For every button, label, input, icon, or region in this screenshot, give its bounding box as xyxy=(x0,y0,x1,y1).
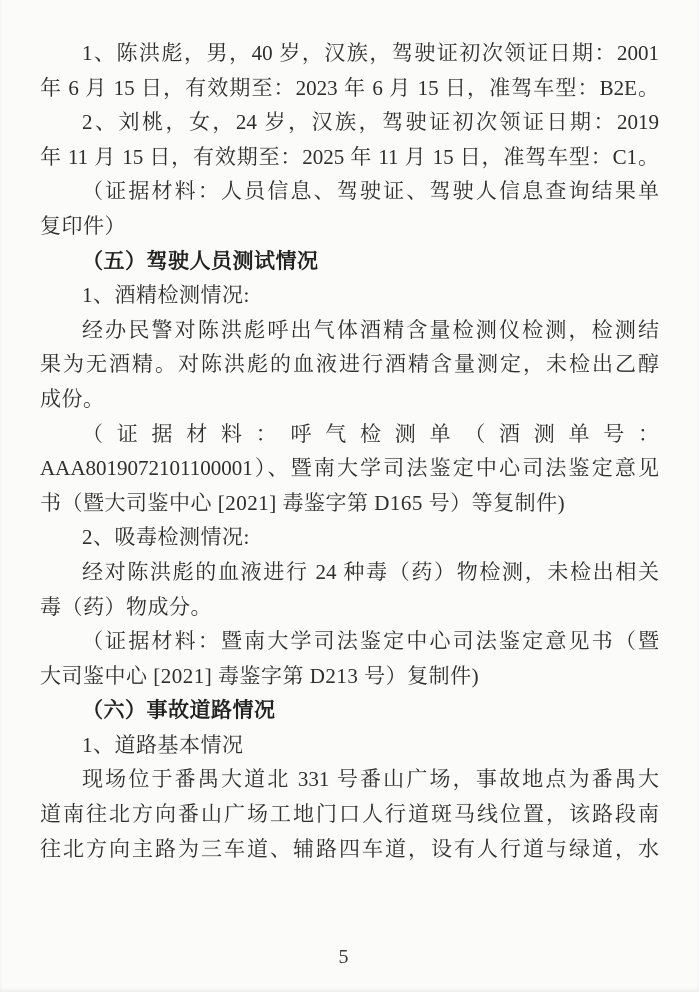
text-line: 复印件） xyxy=(40,209,659,244)
text-line: 2、吸毒检测情况: xyxy=(40,520,659,555)
text-line: 毒（药）物成分。 xyxy=(40,590,659,625)
text-line: 经办民警对陈洪彪呼出气体酒精含量检测仪检测，检测结 xyxy=(40,313,659,348)
document-body: 1、陈洪彪，男，40 岁，汉族，驾驶证初次领证日期：2001年 6 月 15 日… xyxy=(40,36,659,866)
document-page: 1、陈洪彪，男，40 岁，汉族，驾驶证初次领证日期：2001年 6 月 15 日… xyxy=(0,0,699,992)
text-line: 经对陈洪彪的血液进行 24 种毒（药）物检测，未检出相关 xyxy=(40,555,659,590)
text-line: 1、道路基本情况 xyxy=(40,728,659,763)
text-line: 果为无酒精。对陈洪彪的血液进行酒精含量测定，未检出乙醇 xyxy=(40,347,659,382)
text-line: 2、刘桃，女，24 岁，汉族，驾驶证初次领证日期：2019 xyxy=(40,105,659,140)
text-line: 大司鉴中心 [2021] 毒鉴字第 D213 号）复制件) xyxy=(40,659,659,694)
text-line: （证据材料：呼气检测单（酒测单号： xyxy=(40,417,659,452)
text-line: 现场位于番禺大道北 331 号番山广场，事故地点为番禺大 xyxy=(40,762,659,797)
text-line: 道南往北方向番山广场工地门口人行道斑马线位置，该路段南 xyxy=(40,797,659,832)
text-line: 1、陈洪彪，男，40 岁，汉族，驾驶证初次领证日期：2001 xyxy=(40,36,659,71)
text-line: AAA8019072101100001）、暨南大学司法鉴定中心司法鉴定意见 xyxy=(40,451,659,486)
text-line: 1、酒精检测情况: xyxy=(40,278,659,313)
section-heading: （六）事故道路情况 xyxy=(40,693,659,728)
text-line: （证据材料：人员信息、驾驶证、驾驶人信息查询结果单 xyxy=(40,174,659,209)
text-line: 年 11 月 15 日，有效期至：2025 年 11 月 15 日，准驾车型：C… xyxy=(40,140,659,175)
text-line: 往北方向主路为三车道、辅路四车道，设有人行道与绿道，水 xyxy=(40,832,659,867)
text-line: 书（暨大司鉴中心 [2021] 毒鉴字第 D165 号）等复制件) xyxy=(40,486,659,521)
section-heading: （五）驾驶人员测试情况 xyxy=(40,244,659,279)
text-line: 年 6 月 15 日，有效期至：2023 年 6 月 15 日，准驾车型：B2E… xyxy=(40,71,659,106)
page-number: 5 xyxy=(0,942,687,972)
text-line: 成份。 xyxy=(40,382,659,417)
text-line: （证据材料：暨南大学司法鉴定中心司法鉴定意见书（暨 xyxy=(40,624,659,659)
